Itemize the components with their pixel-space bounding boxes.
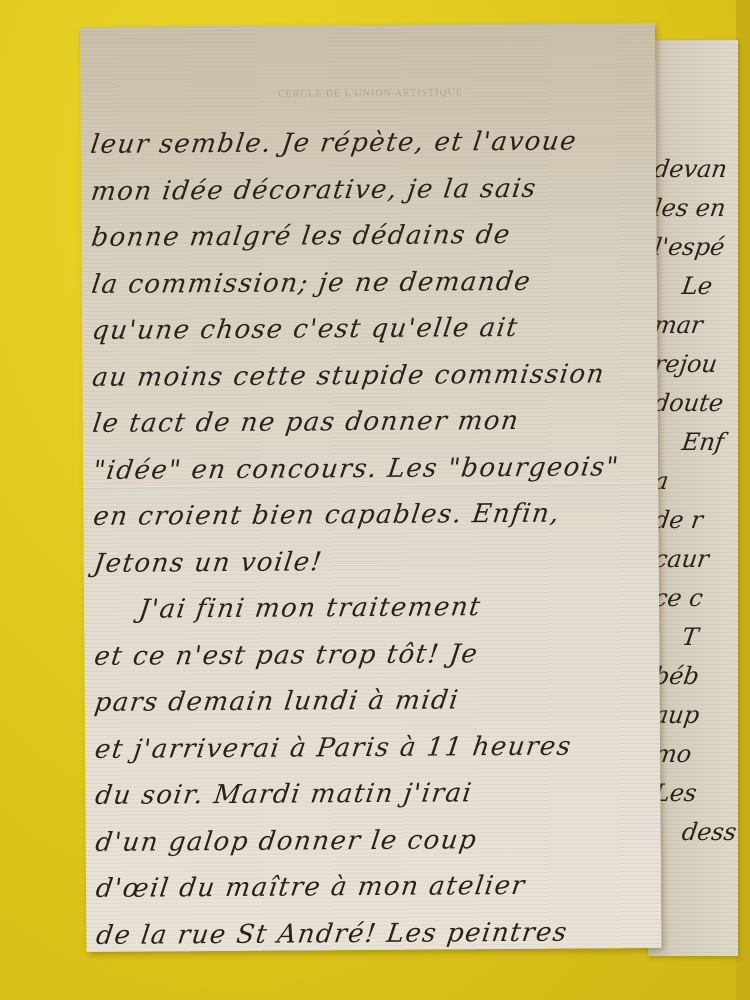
fragment-line: les en [651, 189, 738, 228]
fragment-line: caur [651, 540, 738, 579]
text-line: Jetons un voile! [91, 537, 652, 587]
fragment-line: béb [651, 657, 738, 696]
backdrop-edge [736, 0, 750, 1000]
fragment-line: aup [651, 696, 738, 735]
text-line: et j'arriverai à Paris à 11 heures [92, 723, 653, 773]
fragment-line: de r [651, 501, 738, 540]
text-line: bonne malgré les dédains de [88, 211, 649, 261]
second-page-fragment: devan les en l'espé Le mar rejou doute E… [648, 40, 738, 956]
handwritten-text: leur semble. Je répète, et l'avoue mon i… [91, 118, 652, 959]
text-line: leur semble. Je répète, et l'avoue [88, 118, 649, 168]
letter-page: CERCLE DE L'UNION ARTISTIQUE leur semble… [80, 23, 661, 952]
text-line: qu'une chose c'est qu'elle ait [89, 304, 650, 354]
fragment-line: Les [651, 774, 738, 813]
text-line: pars demain lundi à midi [92, 676, 653, 726]
fragment-line: mar [651, 306, 738, 345]
text-line: "idée" en concours. Les "bourgeois" [90, 444, 651, 494]
fragment-line: rejou [651, 345, 738, 384]
fragment-line: doute [651, 384, 738, 423]
letterhead-emboss: CERCLE DE L'UNION ARTISTIQUE [240, 87, 500, 100]
text-line: d'un galop donner le coup [93, 816, 654, 866]
fragment-line: dess [651, 813, 738, 852]
text-line: J'ai fini mon traitement [91, 583, 652, 633]
text-line: et ce n'est pas trop tôt! Je [91, 630, 652, 680]
fragment-line: Enf [651, 423, 738, 462]
fragment-line: l'espé [651, 228, 738, 267]
second-page-text: devan les en l'espé Le mar rejou doute E… [654, 150, 736, 852]
text-line: au moins cette stupide commission [89, 351, 650, 401]
fragment-line: mo [651, 735, 738, 774]
fragment-line: Le [651, 267, 738, 306]
text-line: le tact de ne pas donner mon [90, 397, 651, 447]
text-line: d'œil du maître à mon atelier [93, 862, 654, 912]
text-line: mon idée décorative, je la sais [88, 165, 649, 215]
text-line: en croient bien capables. Enfin, [90, 490, 651, 540]
fragment-line: devan [651, 150, 738, 189]
text-line: de la rue St André! Les peintres [93, 909, 654, 959]
text-line: du soir. Mardi matin j'irai [92, 769, 653, 819]
fragment-line: a [651, 462, 738, 501]
text-line: la commission; je ne demande [89, 258, 650, 308]
fragment-line: T [651, 618, 738, 657]
fragment-line: ce c [651, 579, 738, 618]
